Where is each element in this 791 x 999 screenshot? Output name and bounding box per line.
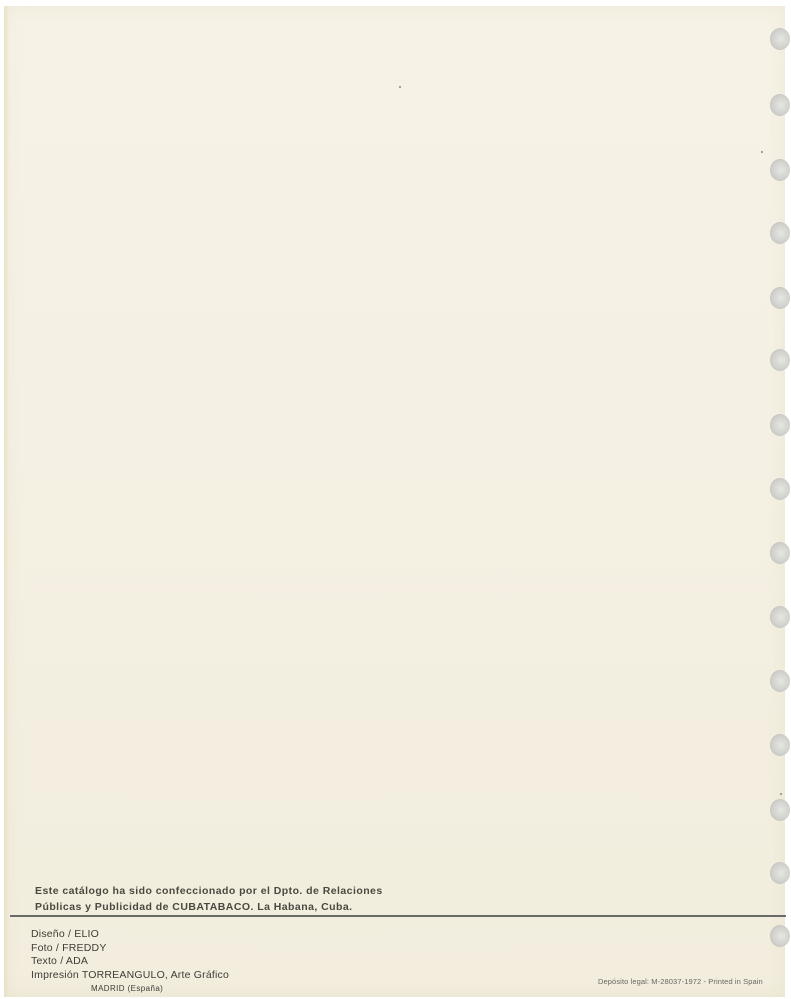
binder-hole — [770, 28, 790, 50]
binder-hole — [770, 222, 790, 244]
credit-printing: Impresión TORREANGULO, Arte Gráfico — [31, 969, 229, 983]
binder-hole — [770, 925, 790, 947]
production-credits: Diseño / ELIO Foto / FREDDY Texto / ADA … — [31, 928, 229, 996]
divider-line — [10, 915, 786, 917]
binder-hole — [770, 159, 790, 181]
catalog-credit-note: Este catálogo ha sido confeccionado por … — [35, 883, 383, 915]
binder-hole — [770, 862, 790, 884]
credit-text: Texto / ADA — [31, 955, 229, 969]
binder-hole — [770, 414, 790, 436]
paper-speck — [780, 793, 782, 795]
binder-hole — [770, 799, 790, 821]
printer-location: MADRID (España) — [31, 982, 229, 996]
binder-hole — [770, 542, 790, 564]
credit-note-line: Públicas y Publicidad de CUBATABACO. La … — [35, 899, 383, 915]
credit-design: Diseño / ELIO — [31, 928, 229, 942]
binder-hole — [770, 734, 790, 756]
binder-hole — [770, 478, 790, 500]
legal-deposit-notice: Depósito legal: M-28037-1972 - Printed i… — [598, 977, 763, 986]
credit-photo: Foto / FREDDY — [31, 942, 229, 956]
binder-hole — [770, 349, 790, 371]
paper-page — [4, 6, 785, 997]
binder-hole — [770, 670, 790, 692]
binder-hole — [770, 287, 790, 309]
binder-hole — [770, 606, 790, 628]
paper-speck — [761, 151, 763, 153]
paper-speck — [399, 86, 401, 88]
credit-note-line: Este catálogo ha sido confeccionado por … — [35, 883, 383, 899]
binder-hole — [770, 94, 790, 116]
